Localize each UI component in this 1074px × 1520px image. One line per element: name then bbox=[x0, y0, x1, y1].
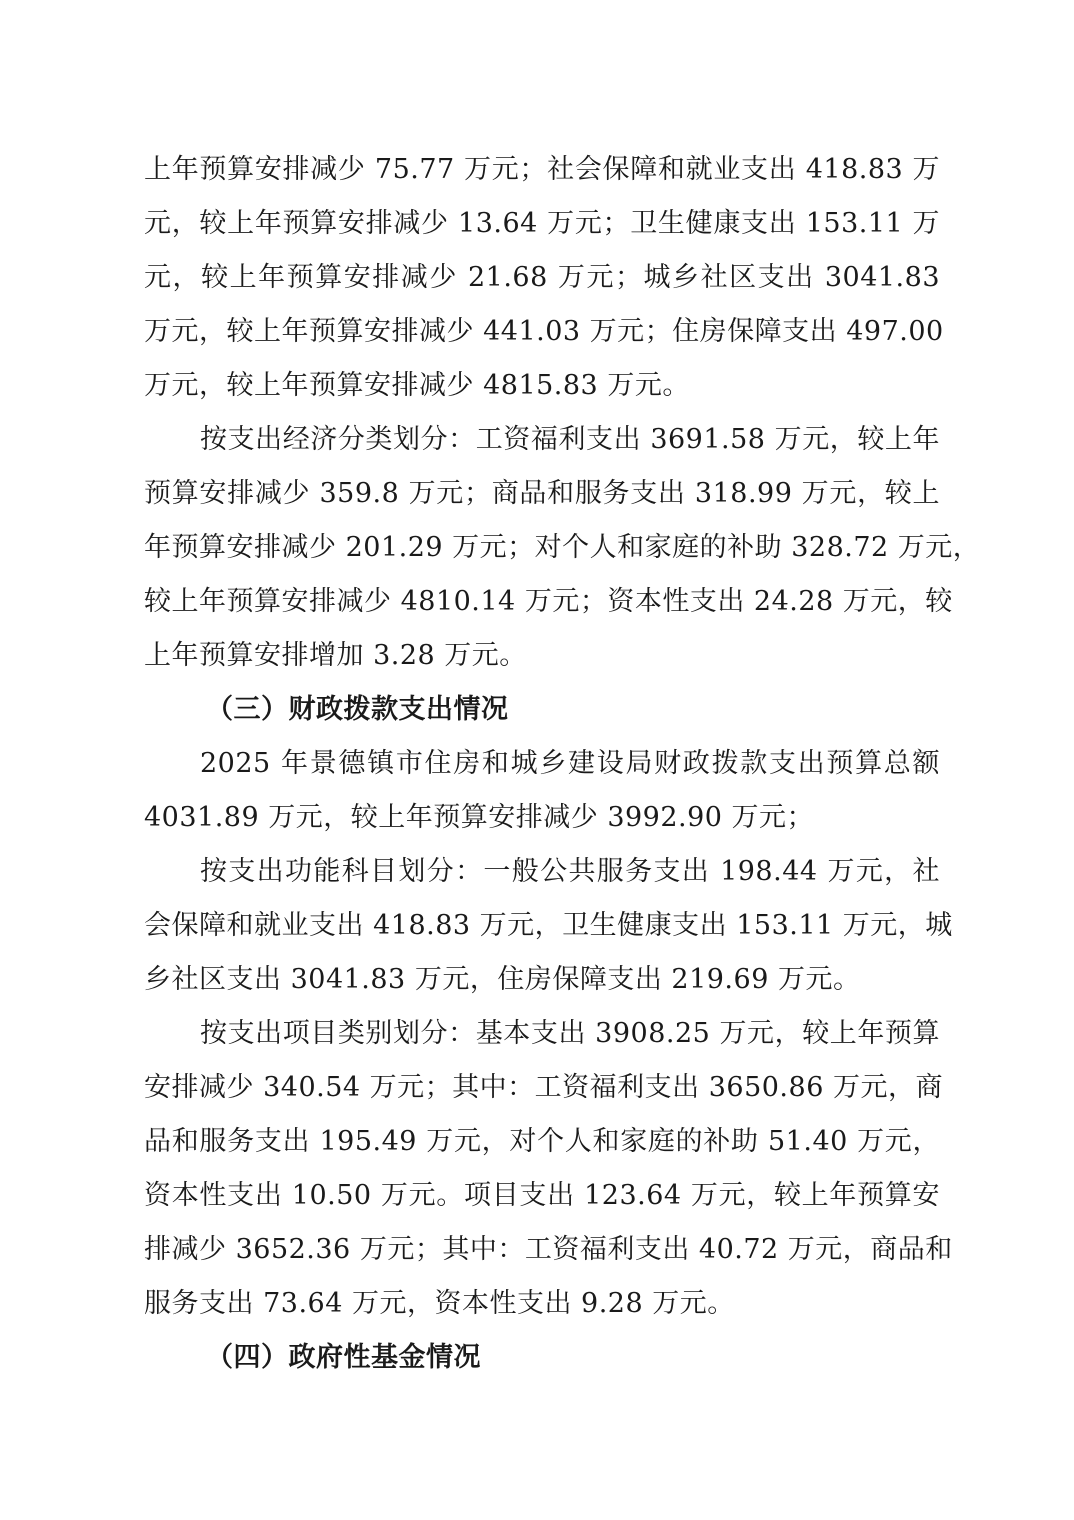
paragraph-appropriation-by-function: 按支出功能科目划分：一般公共服务支出 198.44 万元，社 会保障和就业支出 … bbox=[144, 845, 940, 1007]
text-line: 服务支出 73.64 万元，资本性支出 9.28 万元。 bbox=[144, 1277, 940, 1331]
text-line: 上年预算安排减少 75.77 万元；社会保障和就业支出 418.83 万 bbox=[144, 143, 940, 197]
text-line: 乡社区支出 3041.83 万元，住房保障支出 219.69 万元。 bbox=[144, 953, 940, 1007]
text-line: 预算安排减少 359.8 万元；商品和服务支出 318.99 万元，较上 bbox=[144, 467, 940, 521]
text-line: 万元，较上年预算安排减少 441.03 万元；住房保障支出 497.00 bbox=[144, 305, 940, 359]
text-line: 上年预算安排增加 3.28 万元。 bbox=[144, 629, 940, 683]
text-line: 2025 年景德镇市住房和城乡建设局财政拨款支出预算总额 bbox=[144, 737, 940, 791]
paragraph-function-expense-continued: 上年预算安排减少 75.77 万元；社会保障和就业支出 418.83 万 元，较… bbox=[144, 143, 940, 413]
text-line: 按支出项目类别划分：基本支出 3908.25 万元，较上年预算 bbox=[144, 1007, 940, 1061]
text-line: 会保障和就业支出 418.83 万元，卫生健康支出 153.11 万元，城 bbox=[144, 899, 940, 953]
text-line: 品和服务支出 195.49 万元，对个人和家庭的补助 51.40 万元， bbox=[144, 1115, 940, 1169]
text-line: 元，较上年预算安排减少 21.68 万元；城乡社区支出 3041.83 bbox=[144, 251, 940, 305]
section-3-heading: （三）财政拨款支出情况 bbox=[144, 683, 940, 737]
text-line: 年预算安排减少 201.29 万元；对个人和家庭的补助 328.72 万元， bbox=[144, 521, 940, 575]
paragraph-appropriation-total: 2025 年景德镇市住房和城乡建设局财政拨款支出预算总额 4031.89 万元，… bbox=[144, 737, 940, 845]
section-4-heading: （四）政府性基金情况 bbox=[144, 1331, 940, 1385]
text-line: 4031.89 万元，较上年预算安排减少 3992.90 万元； bbox=[144, 791, 940, 845]
text-line: 按支出功能科目划分：一般公共服务支出 198.44 万元，社 bbox=[144, 845, 940, 899]
text-line: 安排减少 340.54 万元；其中：工资福利支出 3650.86 万元，商 bbox=[144, 1061, 940, 1115]
text-line: 按支出经济分类划分：工资福利支出 3691.58 万元，较上年 bbox=[144, 413, 940, 467]
text-line: 较上年预算安排减少 4810.14 万元；资本性支出 24.28 万元，较 bbox=[144, 575, 940, 629]
text-line: 元，较上年预算安排减少 13.64 万元；卫生健康支出 153.11 万 bbox=[144, 197, 940, 251]
text-line: 排减少 3652.36 万元；其中：工资福利支出 40.72 万元，商品和 bbox=[144, 1223, 940, 1277]
paragraph-appropriation-by-project: 按支出项目类别划分：基本支出 3908.25 万元，较上年预算 安排减少 340… bbox=[144, 1007, 940, 1331]
text-line: 万元，较上年预算安排减少 4815.83 万元。 bbox=[144, 359, 940, 413]
paragraph-economic-classification: 按支出经济分类划分：工资福利支出 3691.58 万元，较上年 预算安排减少 3… bbox=[144, 413, 940, 683]
text-line: 资本性支出 10.50 万元。项目支出 123.64 万元，较上年预算安 bbox=[144, 1169, 940, 1223]
document-page: 上年预算安排减少 75.77 万元；社会保障和就业支出 418.83 万 元，较… bbox=[144, 143, 940, 1385]
